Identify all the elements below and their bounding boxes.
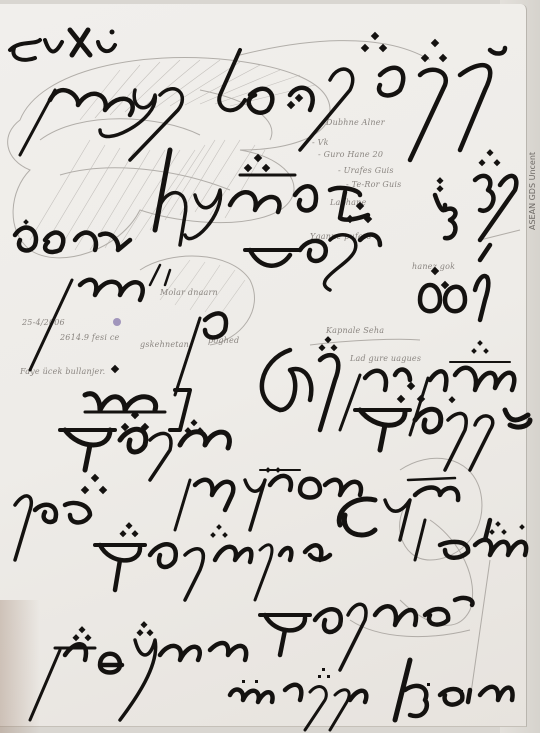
tengwar-word xyxy=(30,598,473,720)
tengwar-word xyxy=(60,390,530,480)
tengwar-word xyxy=(155,150,516,245)
calligraphy-layer xyxy=(0,0,540,733)
tengwar-word xyxy=(230,660,513,730)
tengwar-word xyxy=(15,228,490,320)
tengwar-word xyxy=(15,470,458,560)
tengwar-word xyxy=(95,520,526,600)
tengwar-word xyxy=(20,48,505,160)
tengwar-word xyxy=(10,30,115,60)
back-sheet-note: ASEAN GDS Uncent xyxy=(528,152,537,230)
